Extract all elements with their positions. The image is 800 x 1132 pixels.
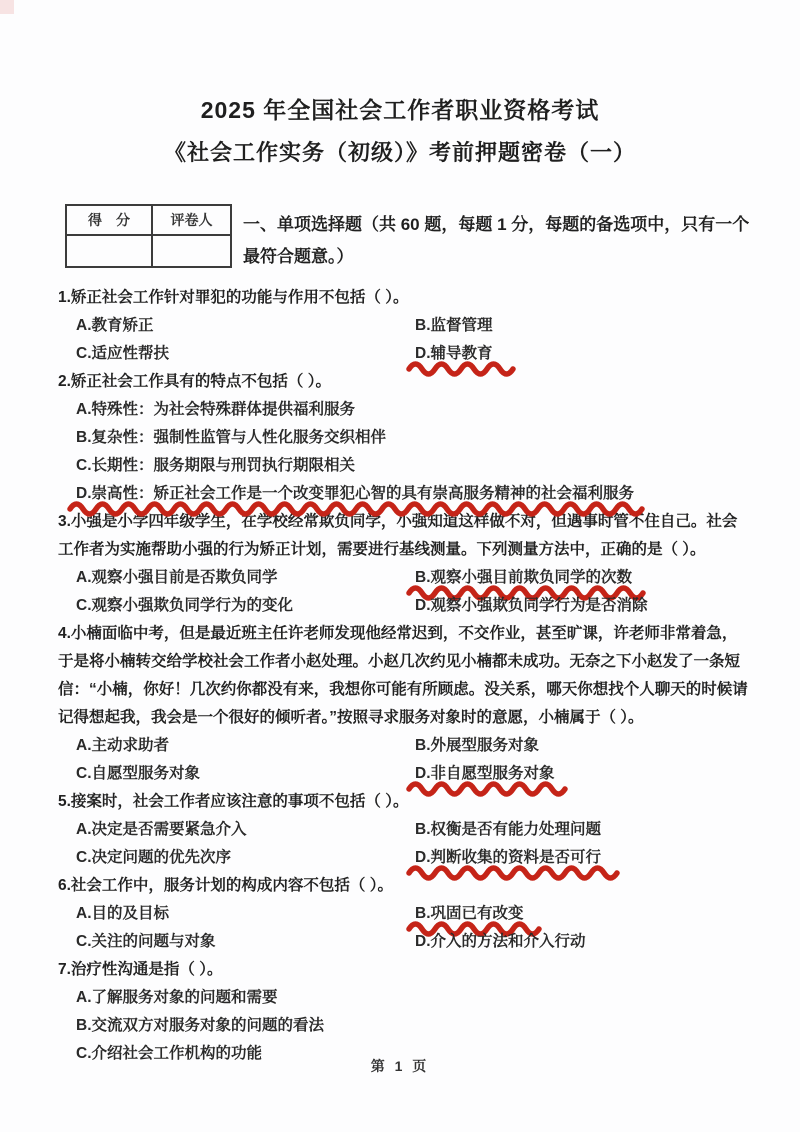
question-stem: 7.治疗性沟通是指（ ）。	[58, 956, 750, 984]
option-cell: A.观察小强目前是否欺负同学	[76, 564, 415, 592]
options-row: A.主动求助者B.外展型服务对象	[58, 732, 750, 760]
option-A: A.主动求助者	[76, 732, 169, 760]
options-row: A.教育矫正B.监督管理	[58, 312, 750, 340]
option-D: D.介入的方法和介入行动	[415, 928, 586, 956]
section-heading-line2: 最符合题意。）	[243, 247, 354, 266]
scan-artifact-corner	[0, 0, 14, 14]
score-table: 得 分 评卷人	[65, 204, 232, 268]
option-A: A.特殊性：为社会特殊群体提供福利服务	[76, 396, 355, 424]
grader-blank-cell	[152, 235, 231, 267]
question-1: 1.矫正社会工作针对罪犯的功能与作用不包括（ ）。A.教育矫正B.监督管理C.适…	[58, 284, 750, 368]
option-B: B.观察小强目前欺负同学的次数	[415, 564, 632, 592]
section-heading: 一、单项选择题（共 60 题，每题 1 分，每题的备选项中，只有一个 最符合题意…	[243, 209, 750, 273]
option-cell: D.介入的方法和介入行动	[415, 928, 750, 956]
question-7: 7.治疗性沟通是指（ ）。A.了解服务对象的问题和需要B.交流双方对服务对象的问…	[58, 956, 750, 1068]
options-row: C.观察小强欺负同学行为的变化D.观察小强欺负同学行为是否消除	[58, 592, 750, 620]
options-row: A.决定是否需要紧急介入B.权衡是否有能力处理问题	[58, 816, 750, 844]
option-C: C.决定问题的优先次序	[76, 844, 231, 872]
option-cell: B.权衡是否有能力处理问题	[415, 816, 750, 844]
grader-header-cell: 评卷人	[152, 205, 231, 235]
option-cell: A.目的及目标	[76, 900, 415, 928]
question-4: 4.小楠面临中考，但是最近班主任许老师发现他经常迟到，不交作业，甚至旷课，许老师…	[58, 620, 750, 788]
option-C: C.关注的问题与对象	[76, 928, 216, 956]
option-C: C.适应性帮扶	[76, 340, 169, 368]
option-B: B.监督管理	[415, 312, 493, 340]
option-B: B.交流双方对服务对象的问题的看法	[76, 1012, 324, 1040]
question-stem: 2.矫正社会工作具有的特点不包括（ ）。	[58, 368, 750, 396]
question-stem: 4.小楠面临中考，但是最近班主任许老师发现他经常迟到，不交作业，甚至旷课，许老师…	[58, 620, 750, 732]
option-A: A.教育矫正	[76, 312, 154, 340]
option-cell: B.外展型服务对象	[415, 732, 750, 760]
option-D: D.非自愿型服务对象	[415, 760, 555, 788]
score-blank-cell	[66, 235, 152, 267]
option-cell: A.决定是否需要紧急介入	[76, 816, 415, 844]
exam-paper-page: 2025 年全国社会工作者职业资格考试 《社会工作实务（初级）》考前押题密卷（一…	[0, 0, 800, 1132]
option-cell: B.观察小强目前欺负同学的次数	[415, 564, 750, 592]
options-row: C.关注的问题与对象D.介入的方法和介入行动	[58, 928, 750, 956]
options-row: B.复杂性：强制性监管与人性化服务交织相伴	[58, 424, 750, 452]
option-D: D.辅导教育	[415, 340, 493, 368]
option-C: C.长期性：服务期限与刑罚执行期限相关	[76, 452, 355, 480]
option-cell: D.非自愿型服务对象	[415, 760, 750, 788]
option-cell: D.观察小强欺负同学行为是否消除	[415, 592, 750, 620]
option-C: C.自愿型服务对象	[76, 760, 200, 788]
exam-subtitle: 《社会工作实务（初级）》考前押题密卷（一）	[0, 136, 800, 167]
option-A: A.决定是否需要紧急介入	[76, 816, 247, 844]
option-C: C.观察小强欺负同学行为的变化	[76, 592, 293, 620]
option-A: A.了解服务对象的问题和需要	[76, 984, 278, 1012]
option-B: B.巩固已有改变	[415, 900, 524, 928]
options-row: C.决定问题的优先次序D.判断收集的资料是否可行	[58, 844, 750, 872]
option-cell: C.适应性帮扶	[76, 340, 415, 368]
question-stem: 5.接案时，社会工作者应该注意的事项不包括（ ）。	[58, 788, 750, 816]
option-D: D.崇高性：矫正社会工作是一个改变罪犯心智的具有崇高服务精神的社会福利服务	[76, 480, 634, 508]
options-row: C.自愿型服务对象D.非自愿型服务对象	[58, 760, 750, 788]
score-header-cell: 得 分	[66, 205, 152, 235]
option-B: B.复杂性：强制性监管与人性化服务交织相伴	[76, 424, 386, 452]
option-D: D.观察小强欺负同学行为是否消除	[415, 592, 648, 620]
option-cell: B.巩固已有改变	[415, 900, 750, 928]
option-A: A.目的及目标	[76, 900, 169, 928]
options-row: A.观察小强目前是否欺负同学B.观察小强目前欺负同学的次数	[58, 564, 750, 592]
option-B: B.外展型服务对象	[415, 732, 539, 760]
option-cell: C.自愿型服务对象	[76, 760, 415, 788]
options-row: D.崇高性：矫正社会工作是一个改变罪犯心智的具有崇高服务精神的社会福利服务	[58, 480, 750, 508]
options-row: A.目的及目标B.巩固已有改变	[58, 900, 750, 928]
option-B: B.权衡是否有能力处理问题	[415, 816, 601, 844]
section-heading-line1: 一、单项选择题（共 60 题，每题 1 分，每题的备选项中，只有一个	[243, 215, 749, 234]
exam-title: 2025 年全国社会工作者职业资格考试	[0, 92, 800, 125]
option-D: D.判断收集的资料是否可行	[415, 844, 601, 872]
option-cell: B.监督管理	[415, 312, 750, 340]
question-2: 2.矫正社会工作具有的特点不包括（ ）。A.特殊性：为社会特殊群体提供福利服务B…	[58, 368, 750, 508]
options-row: C.长期性：服务期限与刑罚执行期限相关	[58, 452, 750, 480]
options-row: A.特殊性：为社会特殊群体提供福利服务	[58, 396, 750, 424]
questions-list: 1.矫正社会工作针对罪犯的功能与作用不包括（ ）。A.教育矫正B.监督管理C.适…	[58, 284, 750, 1068]
option-cell: D.判断收集的资料是否可行	[415, 844, 750, 872]
option-cell: C.决定问题的优先次序	[76, 844, 415, 872]
option-A: A.观察小强目前是否欺负同学	[76, 564, 278, 592]
question-stem: 3.小强是小学四年级学生，在学校经常欺负同学，小强知道这样做不对，但遇事时管不住…	[58, 508, 750, 564]
option-cell: A.主动求助者	[76, 732, 415, 760]
options-row: B.交流双方对服务对象的问题的看法	[58, 1012, 750, 1040]
question-6: 6.社会工作中，服务计划的构成内容不包括（ ）。A.目的及目标B.巩固已有改变C…	[58, 872, 750, 956]
options-row: A.了解服务对象的问题和需要	[58, 984, 750, 1012]
option-cell: A.教育矫正	[76, 312, 415, 340]
question-stem: 1.矫正社会工作针对罪犯的功能与作用不包括（ ）。	[58, 284, 750, 312]
option-cell: D.辅导教育	[415, 340, 750, 368]
question-stem: 6.社会工作中，服务计划的构成内容不包括（ ）。	[58, 872, 750, 900]
question-5: 5.接案时，社会工作者应该注意的事项不包括（ ）。A.决定是否需要紧急介入B.权…	[58, 788, 750, 872]
question-3: 3.小强是小学四年级学生，在学校经常欺负同学，小强知道这样做不对，但遇事时管不住…	[58, 508, 750, 620]
options-row: C.适应性帮扶D.辅导教育	[58, 340, 750, 368]
option-cell: C.观察小强欺负同学行为的变化	[76, 592, 415, 620]
option-cell: C.关注的问题与对象	[76, 928, 415, 956]
page-number: 第 1 页	[0, 1056, 800, 1076]
